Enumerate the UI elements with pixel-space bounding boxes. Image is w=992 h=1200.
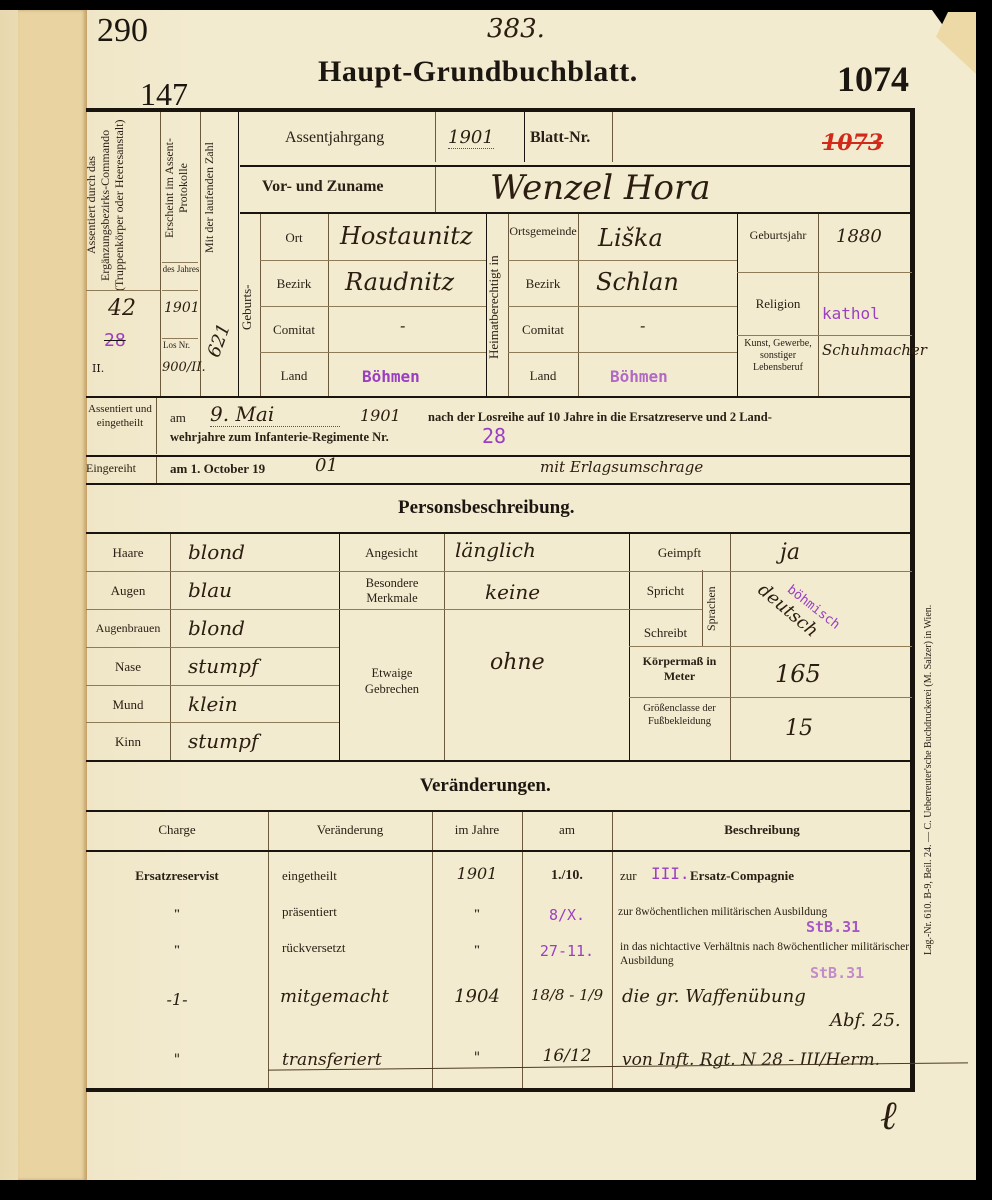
geburtsjahr-value: 1880 (836, 226, 882, 247)
geburts-bezirk-label: Bezirk (260, 276, 328, 292)
geburts-comitat-value: - (400, 316, 405, 335)
assentiert-durch-label: Assentiert durch das Ergänzungsbezirks-C… (84, 118, 158, 293)
stb-stamp: StB.31 (810, 964, 864, 982)
geburts-bezirk-value: Raudnitz (345, 268, 454, 296)
frame-top-line (86, 108, 914, 112)
assentiert-year: 1901 (360, 406, 401, 425)
los-nr-value: 900/II. (162, 360, 206, 375)
heimat-land-label: Land (508, 368, 578, 384)
sprachen-label: Sprachen (704, 574, 728, 644)
koerpermass-label: Körpermaß in Meter (629, 654, 730, 684)
erscheint-label: Erscheint im Assent-Protokolle (162, 118, 198, 258)
feature-value-mund: klein (188, 692, 238, 716)
folded-paper-flap (18, 10, 87, 1180)
gebrechen-label: Etwaige Gebrechen (355, 665, 429, 697)
feature-label-augen: Augen (86, 583, 170, 599)
page-title: Haupt-Grundbuchblatt. (318, 55, 638, 89)
geimpft-value: ja (780, 540, 800, 565)
regiment-number: 28 (482, 424, 506, 448)
des-jahres-value: 1901 (164, 300, 200, 316)
column-header-veraenderung: Veränderung (268, 822, 432, 838)
cell-jahr: " (432, 906, 522, 922)
heimat-label: Heimatberechtigt in (487, 220, 507, 395)
heimat-ortsgemeinde-label: Ortsgemeinde (508, 224, 578, 238)
geimpft-label: Geimpft (629, 545, 730, 561)
cell-am: 1./10. (522, 868, 612, 884)
spricht-label: Spricht (629, 583, 702, 599)
column-header-charge: Charge (86, 822, 268, 838)
blatt-nr-struck-value: 1073 (822, 130, 883, 156)
eingereiht-year: 01 (315, 455, 338, 476)
assentiert-row-label: Assentiert und eingetheilt (86, 402, 154, 430)
schreibt-label: Schreibt (629, 625, 702, 641)
assentiert-date: 9. Mai (210, 402, 340, 427)
heimat-ortsgemeinde-value: Liška (598, 224, 663, 252)
cell-beschreibung: die gr. Waffenübung (622, 986, 806, 1007)
cell-beschreibung: von Inft. Rgt. N 28 - III/Herm. (622, 1050, 880, 1070)
feature-value-kinn: stumpf (188, 729, 258, 753)
signature: ℓ (880, 1092, 897, 1139)
cell-beschreibung: Ersatz-Compagnie (690, 868, 794, 884)
feature-label-mund: Mund (86, 697, 170, 713)
feature-value-augenbrauen: blond (188, 616, 245, 640)
right-number: 1074 (837, 58, 909, 100)
eingereiht-label: Eingereiht (86, 461, 136, 476)
groessenclasse-value: 15 (785, 716, 813, 741)
printer-imprint: Lag.-Nr. 610. B-9, Beil. 24. — C. Ueberr… (922, 540, 938, 1020)
geburts-land-value: Böhmen (362, 367, 420, 386)
religion-value: kathol (822, 304, 880, 323)
assentjahrgang-value: 1901 (448, 127, 494, 149)
assentiert-struck-value: 28 (104, 330, 126, 351)
merkmale-label: Besondere Merkmale (350, 576, 434, 606)
cell-jahr: 1904 (432, 986, 522, 1007)
geburts-land-label: Land (260, 368, 328, 384)
geburts-comitat-label: Comitat (260, 322, 328, 338)
eingereiht-note: mit Erlagsumschrage (540, 458, 703, 476)
cell-veraenderung: rückversetzt (282, 940, 346, 956)
gebrechen-value: ohne (490, 650, 545, 675)
groessenclasse-label: Größenclasse der Fußbekleidung (629, 702, 730, 728)
cell-note: Abf. 25. (830, 1010, 901, 1031)
cell-jahr: " (432, 1050, 522, 1066)
laufende-zahl-label: Mit der laufenden Zahl (202, 118, 236, 278)
blatt-nr-label: Blatt-Nr. (530, 129, 590, 147)
top-handwritten-number: 383. (487, 14, 545, 44)
cell-jahr: 1901 (432, 864, 522, 883)
assentiert-value: 42 (108, 296, 136, 321)
company-stamp: III. (651, 864, 690, 883)
column-header-am: am (522, 822, 612, 838)
cell-veraenderung: mitgemacht (280, 986, 389, 1007)
assentiert-text-1: nach der Losreihe auf 10 Jahre in die Er… (428, 410, 772, 425)
heimat-comitat-value: - (640, 316, 645, 335)
religion-label: Religion (738, 296, 818, 312)
heimat-bezirk-label: Bezirk (508, 276, 578, 292)
geburts-label: Geburts- (240, 220, 260, 395)
merkmale-value: keine (485, 580, 540, 604)
cell-beschreibung: in das nichtactive Verhältnis nach 8wöch… (620, 940, 910, 968)
heimat-land-value: Böhmen (610, 367, 668, 386)
frame-right-line (910, 108, 915, 1092)
angesicht-label: Angesicht (339, 545, 444, 561)
assentiert-mark: II. (92, 362, 104, 375)
eingereiht-text: am 1. October 19 (170, 461, 265, 477)
geburtsjahr-label: Geburtsjahr (738, 228, 818, 242)
feature-label-augenbrauen: Augenbrauen (86, 621, 170, 636)
beruf-label: Kunst, Gewerbe, sonstiger Lebensberuf (738, 338, 818, 374)
cell-veraenderung: transferiert (282, 1050, 382, 1070)
des-jahres-label: des Jahres (162, 264, 200, 274)
veraenderungen-title: Veränderungen. (420, 775, 551, 797)
heimat-bezirk-value: Schlan (596, 268, 679, 296)
column-header-beschreibung: Beschreibung (612, 822, 912, 838)
koerpermass-value: 165 (775, 660, 821, 688)
cell-veraenderung: eingetheilt (282, 868, 337, 884)
feature-label-nase: Nase (86, 659, 170, 675)
cell-veraenderung: präsentiert (282, 904, 337, 920)
feature-value-augen: blau (188, 578, 232, 602)
assentiert-text-2: wehrjahre zum Infanterie-Regimente Nr. (170, 430, 389, 445)
cell-am: 18/8 - 1/9 (522, 986, 612, 1004)
name-label: Vor- und Zuname (262, 178, 384, 196)
feature-label-haare: Haare (86, 545, 170, 561)
column-header-jahr: im Jahre (432, 822, 522, 838)
frame-bottom-line (86, 1088, 914, 1092)
cell-am: 8/X. (522, 906, 612, 924)
geburts-ort-value: Hostaunitz (340, 222, 473, 250)
beruf-value: Schuhmacher (822, 340, 912, 360)
angesicht-value: länglich (455, 538, 536, 562)
cell-jahr: " (432, 942, 522, 958)
cell-charge: Ersatzreservist (86, 868, 268, 884)
cell-charge: " (86, 942, 268, 958)
cell-beschreibung-pre: zur (620, 868, 637, 884)
name-value: Wenzel Hora (490, 168, 711, 208)
feature-value-haare: blond (188, 540, 245, 564)
personsbeschreibung-title: Personsbeschreibung. (398, 497, 574, 519)
heimat-comitat-label: Comitat (508, 322, 578, 338)
cell-am: 27-11. (522, 942, 612, 960)
stb-stamp: StB.31 (806, 918, 860, 936)
cell-charge: -1- (86, 990, 268, 1009)
feature-label-kinn: Kinn (86, 734, 170, 750)
cell-charge: " (86, 1052, 268, 1068)
geburts-ort-label: Ort (260, 230, 328, 246)
cell-am: 16/12 (522, 1046, 612, 1066)
left-number-top: 290 (97, 12, 148, 50)
feature-value-nase: stumpf (188, 654, 258, 678)
cell-beschreibung: zur 8wöchentlichen militärischen Ausbild… (618, 906, 827, 918)
cell-charge: " (86, 906, 268, 922)
am-label: am (170, 410, 186, 426)
los-nr-label: Los Nr. (163, 340, 190, 350)
assentjahrgang-label: Assentjahrgang (285, 129, 384, 147)
